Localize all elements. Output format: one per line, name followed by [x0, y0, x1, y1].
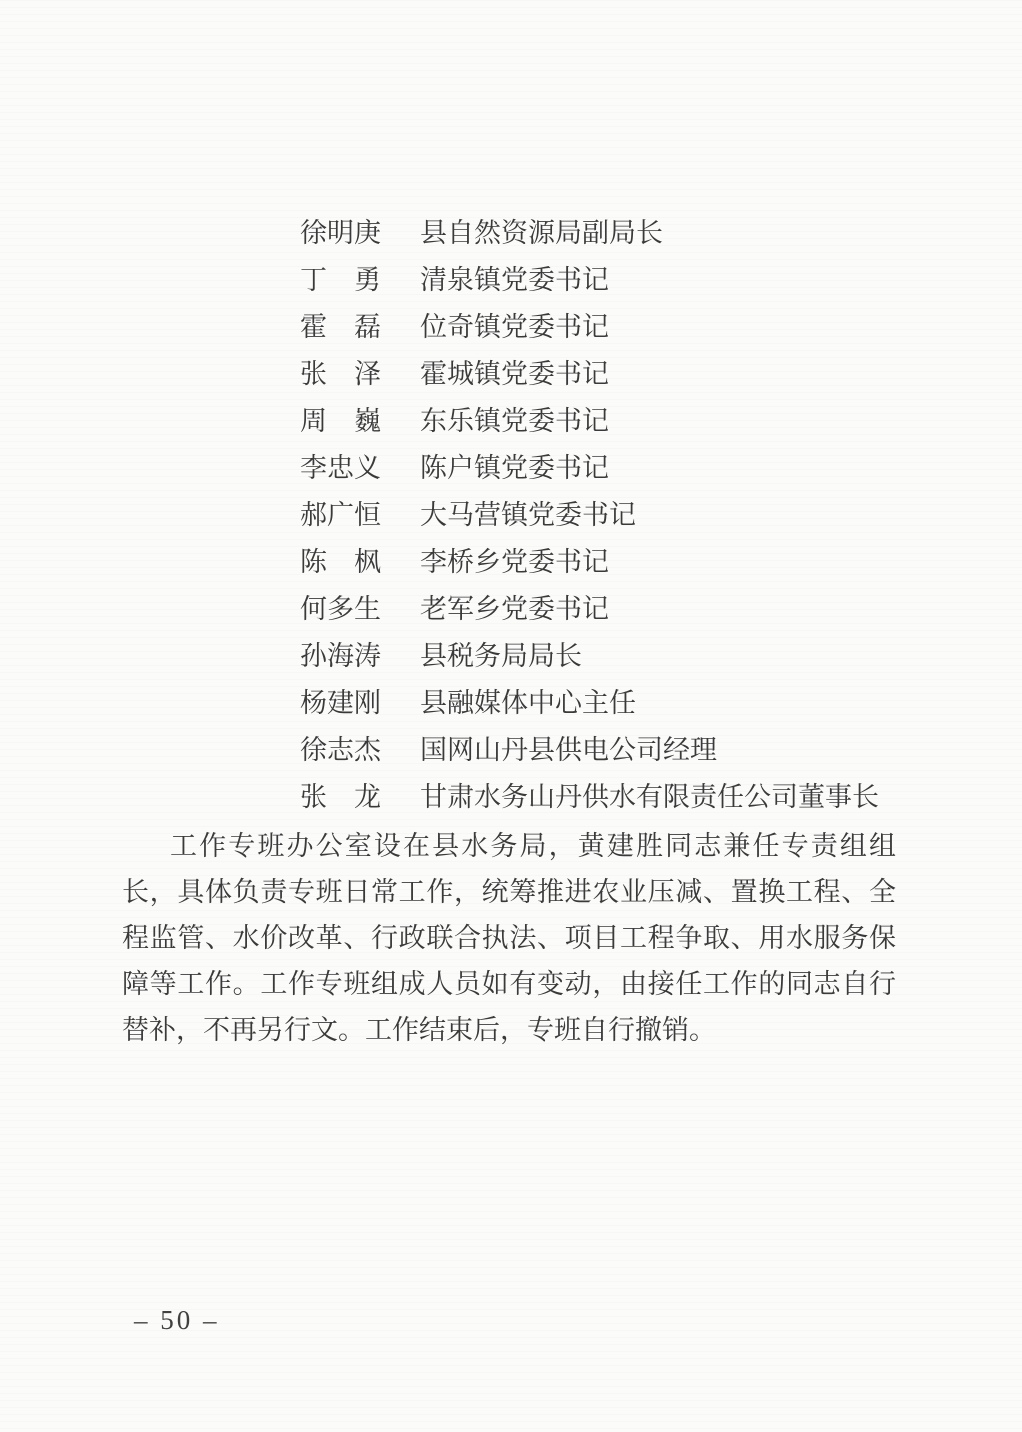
paragraph-line: 长，具体负责专班日常工作，统筹推进农业压减、置换工程、全	[122, 869, 896, 915]
person-name: 丁勇	[300, 257, 381, 304]
person-name: 霍磊	[300, 304, 381, 351]
person-name: 徐志杰	[300, 727, 381, 774]
person-title: 国网山丹县供电公司经理	[420, 727, 717, 774]
person-title: 甘肃水务山丹供水有限责任公司董事长	[420, 774, 879, 821]
person-name: 何多生	[300, 586, 381, 633]
person-title: 县融媒体中心主任	[420, 680, 636, 727]
roster-row: 霍磊位奇镇党委书记	[300, 304, 879, 351]
body-paragraph: 工作专班办公室设在县水务局，黄建胜同志兼任专责组组 长，具体负责专班日常工作，统…	[122, 823, 896, 1053]
roster-row: 郝广恒大马营镇党委书记	[300, 492, 879, 539]
person-name: 郝广恒	[300, 492, 381, 539]
roster-row: 丁勇清泉镇党委书记	[300, 257, 879, 304]
roster-row: 周巍东乐镇党委书记	[300, 398, 879, 445]
roster-row: 李忠义陈户镇党委书记	[300, 445, 879, 492]
page-number: – 50 –	[134, 1305, 220, 1336]
roster-row: 陈枫李桥乡党委书记	[300, 539, 879, 586]
person-title: 位奇镇党委书记	[420, 304, 609, 351]
person-title: 县税务局局长	[420, 633, 582, 680]
person-name: 张泽	[300, 351, 381, 398]
person-name: 张龙	[300, 774, 381, 821]
person-title: 县自然资源局副局长	[420, 210, 663, 257]
person-title: 老军乡党委书记	[420, 586, 609, 633]
roster-row: 张龙甘肃水务山丹供水有限责任公司董事长	[300, 774, 879, 821]
person-name: 徐明庚	[300, 210, 381, 257]
task-force-roster: 徐明庚县自然资源局副局长 丁勇清泉镇党委书记 霍磊位奇镇党委书记 张泽霍城镇党委…	[300, 210, 879, 821]
paragraph-line: 替补，不再另行文。工作结束后，专班自行撤销。	[122, 1007, 896, 1053]
paragraph-line: 障等工作。工作专班组成人员如有变动，由接任工作的同志自行	[122, 961, 896, 1007]
document-page: 徐明庚县自然资源局副局长 丁勇清泉镇党委书记 霍磊位奇镇党委书记 张泽霍城镇党委…	[0, 0, 1022, 1432]
person-title: 霍城镇党委书记	[420, 351, 609, 398]
roster-row: 孙海涛县税务局局长	[300, 633, 879, 680]
roster-row: 张泽霍城镇党委书记	[300, 351, 879, 398]
person-title: 李桥乡党委书记	[420, 539, 609, 586]
person-title: 陈户镇党委书记	[420, 445, 609, 492]
person-name: 李忠义	[300, 445, 381, 492]
person-name: 杨建刚	[300, 680, 381, 727]
person-title: 东乐镇党委书记	[420, 398, 609, 445]
roster-row: 何多生老军乡党委书记	[300, 586, 879, 633]
person-name: 陈枫	[300, 539, 381, 586]
person-name: 周巍	[300, 398, 381, 445]
person-name: 孙海涛	[300, 633, 381, 680]
roster-row: 杨建刚县融媒体中心主任	[300, 680, 879, 727]
roster-row: 徐志杰国网山丹县供电公司经理	[300, 727, 879, 774]
roster-row: 徐明庚县自然资源局副局长	[300, 210, 879, 257]
paragraph-line: 工作专班办公室设在县水务局，黄建胜同志兼任专责组组	[122, 823, 896, 869]
paragraph-line: 程监管、水价改革、行政联合执法、项目工程争取、用水服务保	[122, 915, 896, 961]
person-title: 清泉镇党委书记	[420, 257, 609, 304]
person-title: 大马营镇党委书记	[420, 492, 636, 539]
